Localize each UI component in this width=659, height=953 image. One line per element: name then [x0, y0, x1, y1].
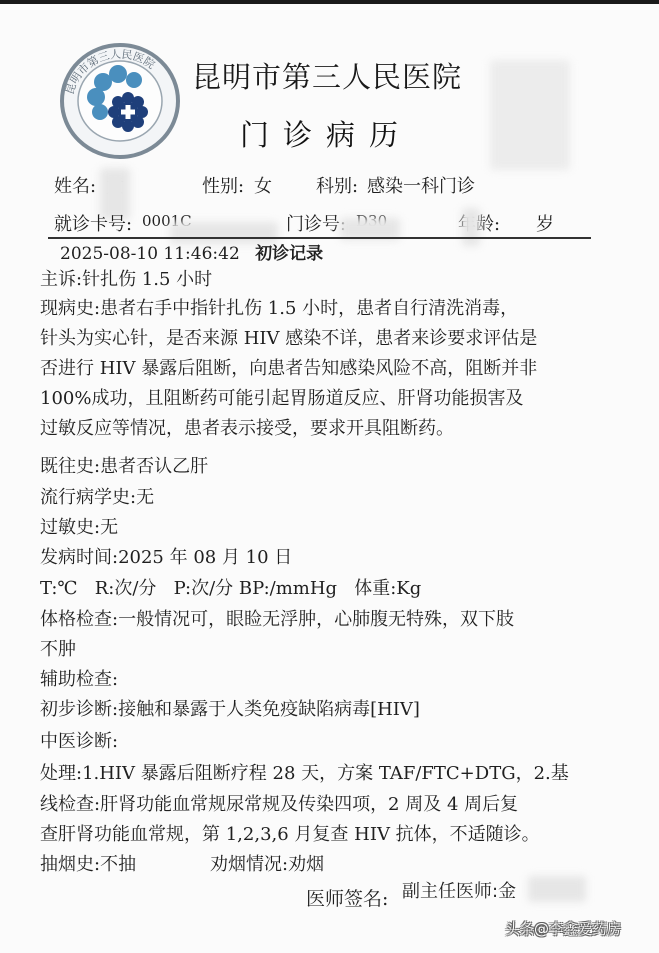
- treatment-line-2: 线检查:肝肾功能血常规尿常规及传染四项，2 周及 4 周后复: [40, 793, 518, 816]
- present-illness-line-1: 现病史:患者右手中指针扎伤 1.5 小时，患者自行清洗消毒，: [40, 297, 518, 320]
- redacted-qr-code: [490, 60, 570, 170]
- hospital-name: 昆明市第三人民医院: [192, 55, 462, 96]
- signature-value: 副主任医师:金: [402, 880, 516, 903]
- watermark: 头条@李鑫爱药房: [505, 918, 621, 939]
- smoking-advice: 劝烟情况:劝烟: [210, 853, 324, 876]
- header-divider: [48, 237, 591, 239]
- dept-label: 科别:: [316, 172, 358, 198]
- tcm-diagnosis: 中医诊断:: [40, 730, 118, 753]
- chief-complaint: 主诉:针扎伤 1.5 小时: [40, 268, 212, 291]
- preliminary-diagnosis: 初步诊断:接触和暴露于人类免疫缺陷病毒[HIV]: [40, 698, 420, 721]
- dept-value: 感染一科门诊: [367, 172, 475, 198]
- clinic-no-label: 门诊号:: [286, 210, 346, 236]
- onset-time: 发病时间:2025 年 08 月 10 日: [40, 546, 292, 569]
- vital-signs: T:℃ R:次/分 P:次/分 BP:/mmHg 体重:Kg: [40, 577, 421, 600]
- hospital-emblem-icon: 昆明市第三人民医院: [58, 42, 182, 160]
- treatment-line-3: 查肝肾功能血常规，第 1,2,3,6 月复查 HIV 抗体，不适随诊。: [40, 823, 540, 846]
- past-history: 既往史:患者否认乙肝: [40, 455, 208, 478]
- present-illness-line-4: 100%成功，且阻断药可能引起胃肠道反应、肝肾功能损害及: [40, 387, 523, 410]
- record-timestamp: 2025-08-10 11:46:42: [60, 244, 240, 264]
- card-label: 就诊卡号:: [54, 210, 132, 236]
- auxiliary-exam: 辅助检查:: [40, 668, 118, 691]
- gender-value: 女: [254, 172, 272, 198]
- redacted-card-number: [170, 222, 278, 244]
- redacted-doctor-name: [528, 876, 586, 902]
- signature-label: 医师签名:: [306, 888, 388, 911]
- present-illness-line-3: 否进行 HIV 暴露后阻断，向患者告知感染风险不高，阻断并非: [40, 357, 537, 380]
- hospital-logo: 昆明市第三人民医院: [58, 42, 182, 160]
- record-header: 2025-08-10 11:46:42 初诊记录: [60, 243, 323, 266]
- physical-exam-line-2: 不肿: [40, 638, 76, 661]
- name-label: 姓名:: [54, 172, 96, 198]
- gender-label: 性别:: [202, 172, 244, 198]
- present-illness-line-2: 针头为实心针，是否来源 HIV 感染不详，患者来诊要求评估是: [40, 327, 537, 350]
- age-unit: 岁: [536, 210, 554, 236]
- record-type: 初诊记录: [255, 244, 323, 264]
- redacted-age: [462, 208, 480, 246]
- allergy-history: 过敏史:无: [40, 516, 118, 539]
- treatment-line-1: 处理:1.HIV 暴露后阻断疗程 28 天，方案 TAF/FTC+DTG，2.基: [40, 762, 569, 785]
- physical-exam-line-1: 体格检查:一般情况可，眼睑无浮肿，心肺腹无特殊，双下肢: [40, 608, 514, 631]
- smoking-history: 抽烟史:不抽: [40, 853, 136, 876]
- record-title: 门诊病历: [240, 113, 412, 154]
- epidemiology-history: 流行病学史:无: [40, 486, 154, 509]
- top-border: [0, 0, 659, 4]
- present-illness-line-5: 过敏反应等情况，患者表示接受，要求开具阻断药。: [40, 417, 454, 440]
